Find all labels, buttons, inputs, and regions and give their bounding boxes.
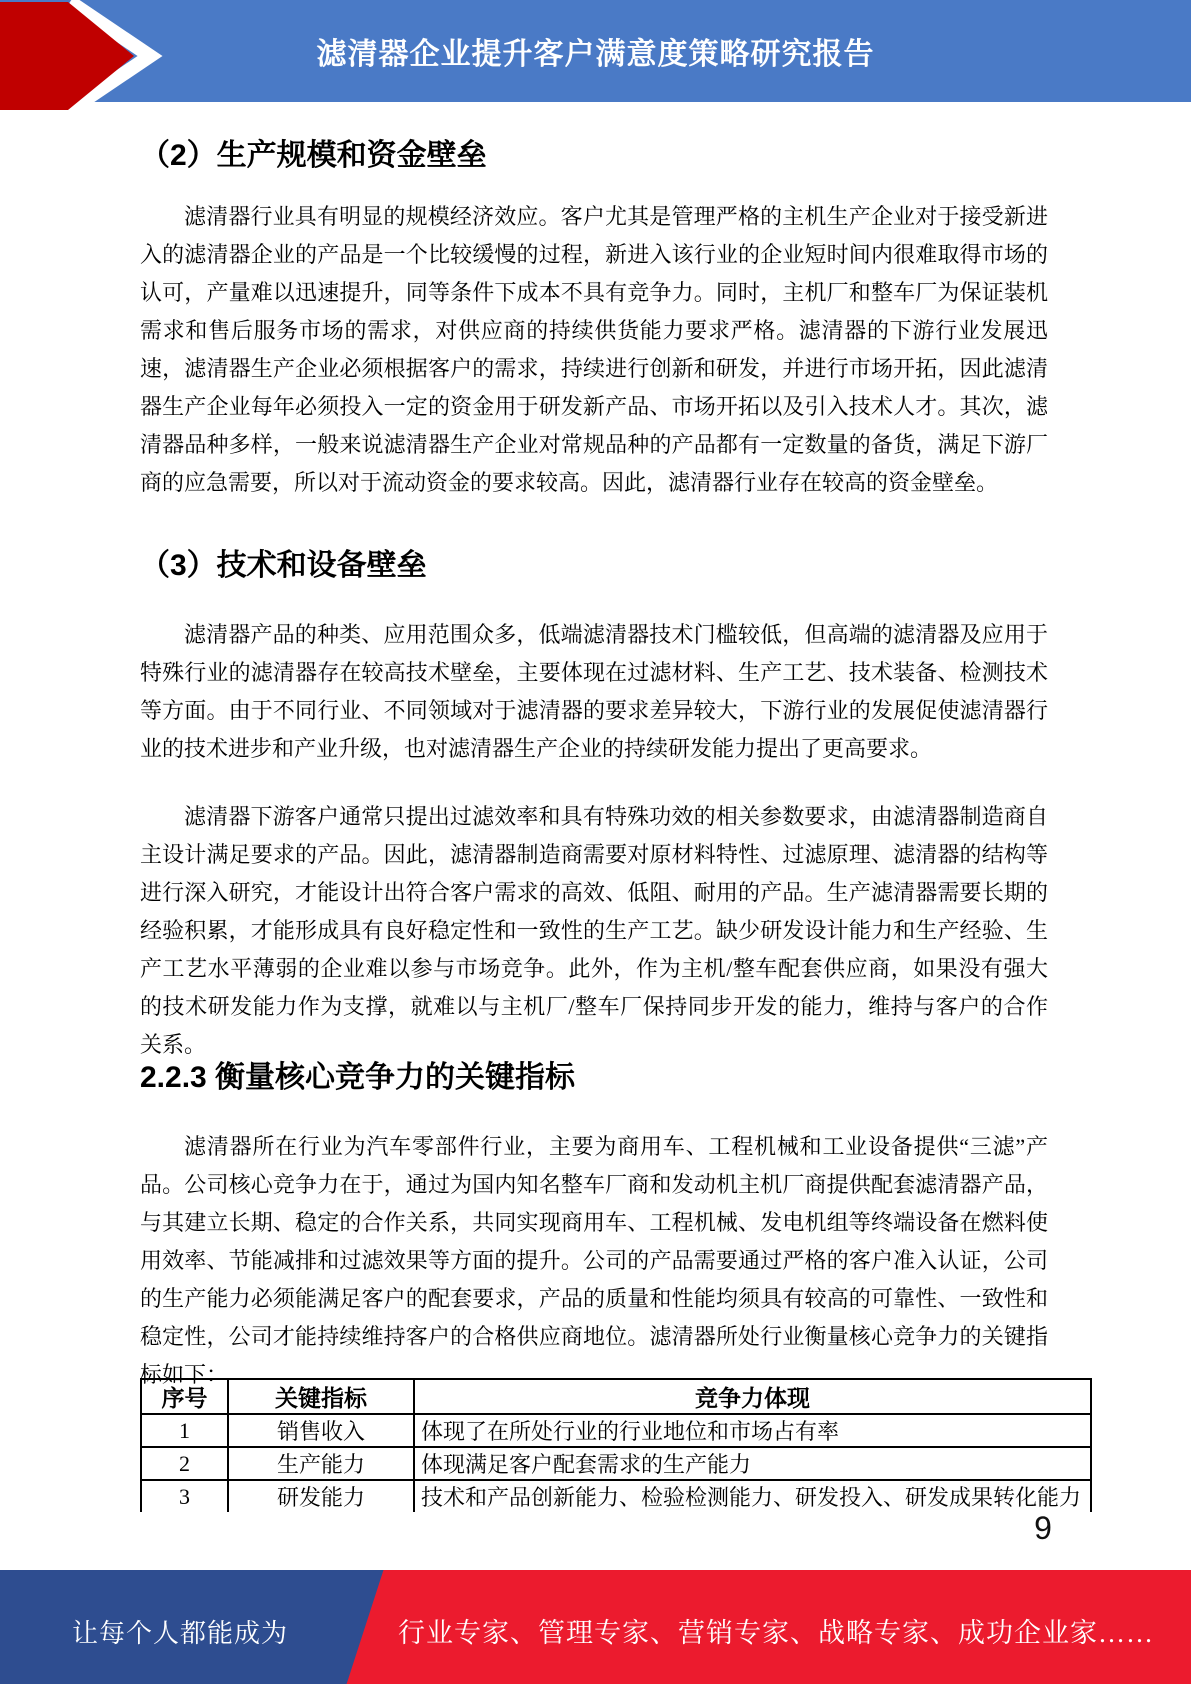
cell-no: 3 — [141, 1480, 228, 1512]
section-heading-tech-equipment: （3）技术和设备壁垒 — [140, 540, 1048, 584]
cell-no: 2 — [141, 1447, 228, 1480]
table-row: 3 研发能力 技术和产品创新能力、检验检测能力、研发投入、研发成果转化能力 — [141, 1480, 1091, 1512]
key-indicator-table: 序号 关键指标 竞争力体现 1 销售收入 体现了在所处行业的行业地位和市场占有率… — [140, 1378, 1092, 1512]
paragraph-tech-barrier-2: 滤清器下游客户通常只提出过滤效率和具有特殊功效的相关参数要求，由滤清器制造商自主… — [140, 798, 1048, 1064]
cell-desc: 体现了在所处行业的行业地位和市场占有率 — [414, 1414, 1091, 1447]
cell-no: 1 — [141, 1414, 228, 1447]
section-heading-production-scale: （2）生产规模和资金壁垒 — [140, 130, 1048, 174]
page-number: 9 — [1018, 1510, 1068, 1547]
cell-indicator: 销售收入 — [228, 1414, 414, 1447]
table-row: 2 生产能力 体现满足客户配套需求的生产能力 — [141, 1447, 1091, 1480]
table-header-row: 序号 关键指标 竞争力体现 — [141, 1379, 1091, 1414]
table-header-no: 序号 — [141, 1379, 228, 1414]
table-header-indicator: 关键指标 — [228, 1379, 414, 1414]
table-header-competitiveness: 竞争力体现 — [414, 1379, 1091, 1414]
paragraph-core-competitiveness: 滤清器所在行业为汽车零部件行业，主要为商用车、工程机械和工业设备提供“三滤”产品… — [140, 1128, 1048, 1394]
cell-desc: 技术和产品创新能力、检验检测能力、研发投入、研发成果转化能力 — [414, 1480, 1091, 1512]
section-heading-key-indicators: 2.2.3 衡量核心竞争力的关键指标 — [140, 1052, 1048, 1096]
document-page: 滤清器企业提升客户满意度策略研究报告 （2）生产规模和资金壁垒 滤清器行业具有明… — [0, 0, 1191, 1684]
page-header-banner: 滤清器企业提升客户满意度策略研究报告 — [0, 0, 1191, 102]
footer-slogan-left: 让每个人都能成为 — [0, 1613, 360, 1650]
cell-desc: 体现满足客户配套需求的生产能力 — [414, 1447, 1091, 1480]
page-footer-banner: 让每个人都能成为 行业专家、管理专家、营销专家、战略专家、成功企业家…… — [0, 1570, 1191, 1684]
footer-slogan-right: 行业专家、管理专家、营销专家、战略专家、成功企业家…… — [398, 1611, 1158, 1650]
cell-indicator: 生产能力 — [228, 1447, 414, 1480]
paragraph-tech-barrier-1: 滤清器产品的种类、应用范围众多，低端滤清器技术门槛较低，但高端的滤清器及应用于特… — [140, 616, 1048, 768]
report-title: 滤清器企业提升客户满意度策略研究报告 — [60, 0, 1131, 102]
paragraph-scale-capital-barrier: 滤清器行业具有明显的规模经济效应。客户尤其是管理严格的主机生产企业对于接受新进入… — [140, 198, 1048, 502]
cell-indicator: 研发能力 — [228, 1480, 414, 1512]
table-row: 1 销售收入 体现了在所处行业的行业地位和市场占有率 — [141, 1414, 1091, 1447]
